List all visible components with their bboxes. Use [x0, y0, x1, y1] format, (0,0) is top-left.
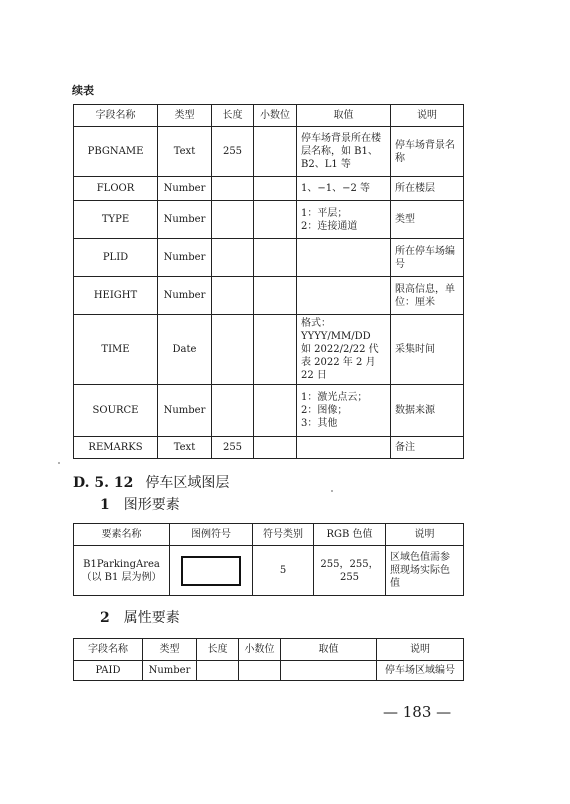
cell-type: Date — [158, 315, 212, 385]
header-element-name: 要素名称 — [74, 524, 170, 546]
table-row: TIME Date 格式：YYYY/MM/DD 如 2022/2/22 代表 2… — [74, 315, 464, 385]
table-row: PAID Number 停车场区域编号 — [74, 661, 464, 681]
cell-decimal — [254, 127, 297, 177]
attribute-table-continued: 字段名称 类型 长度 小数位 取值 说明 PBGNAME Text 255 停车… — [73, 104, 464, 459]
section-number: D. 5. 12 — [73, 475, 133, 491]
cell-desc: 数据来源 — [391, 385, 464, 437]
cell-legend-symbol — [170, 546, 253, 596]
cell-type: Number — [158, 385, 212, 437]
cell-field-name: PBGNAME — [74, 127, 158, 177]
cell-desc: 限高信息，单位：厘米 — [391, 277, 464, 315]
table-header-row: 字段名称 类型 长度 小数位 取值 说明 — [74, 639, 464, 661]
header-length: 长度 — [197, 639, 239, 661]
cell-field-name: SOURCE — [74, 385, 158, 437]
cell-type: Number — [158, 239, 212, 277]
cell-field-name: PLID — [74, 239, 158, 277]
cell-length — [197, 661, 239, 681]
cell-value — [297, 437, 391, 459]
section-heading: D. 5. 12停车区域图层 — [73, 472, 229, 492]
attribute-elements-table: 字段名称 类型 长度 小数位 取值 说明 PAID Number 停车场区域编号 — [73, 638, 464, 681]
cell-decimal — [254, 437, 297, 459]
table-row: PLID Number 所在停车场编号 — [74, 239, 464, 277]
cell-field-name: REMARKS — [74, 437, 158, 459]
cell-length — [212, 177, 254, 201]
section-title: 停车区域图层 — [145, 475, 229, 491]
page-number: — 183 — — [383, 703, 451, 721]
cell-decimal — [254, 315, 297, 385]
table-row: SOURCE Number 1：激光点云； 2：图像； 3：其他 数据来源 — [74, 385, 464, 437]
cell-value — [281, 661, 377, 681]
subsection-number: 2 — [100, 610, 110, 626]
cell-decimal — [254, 277, 297, 315]
cell-decimal — [254, 201, 297, 239]
cell-value — [297, 239, 391, 277]
header-decimal: 小数位 — [254, 105, 297, 127]
table-row: FLOOR Number 1、−1、−2 等 所在楼层 — [74, 177, 464, 201]
element-name-line2: （以 B1 层为例） — [78, 571, 165, 584]
header-value: 取值 — [281, 639, 377, 661]
cell-type: Number — [158, 201, 212, 239]
cell-decimal — [239, 661, 281, 681]
scan-speck — [58, 462, 60, 464]
header-length: 长度 — [212, 105, 254, 127]
table-continued-label: 续表 — [72, 82, 94, 98]
table-row: HEIGHT Number 限高信息，单位：厘米 — [74, 277, 464, 315]
table-header-row: 要素名称 图例符号 符号类别 RGB 色值 说明 — [74, 524, 464, 546]
header-legend-symbol: 图例符号 — [170, 524, 253, 546]
cell-element-name: B1ParkingArea （以 B1 层为例） — [74, 546, 170, 596]
cell-value: 停车场背景所在楼层名称，如 B1、B2、L1 等 — [297, 127, 391, 177]
cell-field-name: TIME — [74, 315, 158, 385]
cell-desc: 类型 — [391, 201, 464, 239]
cell-desc: 备注 — [391, 437, 464, 459]
cell-length — [212, 385, 254, 437]
header-field-name: 字段名称 — [74, 639, 143, 661]
cell-desc: 采集时间 — [391, 315, 464, 385]
cell-desc: 停车场区域编号 — [377, 661, 464, 681]
header-desc: 说明 — [391, 105, 464, 127]
cell-value: 1：平层； 2：连接通道 — [297, 201, 391, 239]
cell-field-name: TYPE — [74, 201, 158, 239]
cell-length: 255 — [212, 437, 254, 459]
subsection-title: 属性要素 — [124, 610, 180, 626]
element-name-line1: B1ParkingArea — [78, 558, 165, 571]
cell-decimal — [254, 177, 297, 201]
cell-value: 1：激光点云； 2：图像； 3：其他 — [297, 385, 391, 437]
cell-field-name: FLOOR — [74, 177, 158, 201]
cell-desc: 所在楼层 — [391, 177, 464, 201]
cell-value — [297, 277, 391, 315]
cell-length — [212, 277, 254, 315]
graphic-elements-table: 要素名称 图例符号 符号类别 RGB 色值 说明 B1ParkingArea （… — [73, 523, 464, 596]
cell-rgb: 255，255，255 — [314, 546, 386, 596]
table-row: PBGNAME Text 255 停车场背景所在楼层名称，如 B1、B2、L1 … — [74, 127, 464, 177]
cell-length — [212, 201, 254, 239]
cell-desc: 区域色值需参照现场实际色值 — [386, 546, 464, 596]
scan-speck — [331, 490, 333, 492]
cell-decimal — [254, 385, 297, 437]
cell-type: Number — [158, 277, 212, 315]
table-header-row: 字段名称 类型 长度 小数位 取值 说明 — [74, 105, 464, 127]
white-rectangle-symbol-icon — [181, 556, 241, 586]
cell-desc: 所在停车场编号 — [391, 239, 464, 277]
cell-type: Text — [158, 127, 212, 177]
cell-type: Number — [158, 177, 212, 201]
header-type: 类型 — [143, 639, 197, 661]
header-desc: 说明 — [386, 524, 464, 546]
cell-symbol-category: 5 — [253, 546, 314, 596]
table-row: TYPE Number 1：平层； 2：连接通道 类型 — [74, 201, 464, 239]
cell-desc: 停车场背景名称 — [391, 127, 464, 177]
cell-type: Number — [143, 661, 197, 681]
cell-length — [212, 315, 254, 385]
cell-value: 1、−1、−2 等 — [297, 177, 391, 201]
table-row: B1ParkingArea （以 B1 层为例） 5 255，255，255 区… — [74, 546, 464, 596]
header-rgb: RGB 色值 — [314, 524, 386, 546]
header-field-name: 字段名称 — [74, 105, 158, 127]
table-row: REMARKS Text 255 备注 — [74, 437, 464, 459]
subsection-number: 1 — [100, 497, 110, 513]
header-type: 类型 — [158, 105, 212, 127]
cell-length — [212, 239, 254, 277]
cell-field-name: PAID — [74, 661, 143, 681]
header-decimal: 小数位 — [239, 639, 281, 661]
cell-decimal — [254, 239, 297, 277]
header-desc: 说明 — [377, 639, 464, 661]
header-value: 取值 — [297, 105, 391, 127]
cell-field-name: HEIGHT — [74, 277, 158, 315]
subsection-title: 图形要素 — [124, 497, 180, 513]
cell-value: 格式：YYYY/MM/DD 如 2022/2/22 代表 2022 年 2 月 … — [297, 315, 391, 385]
cell-type: Text — [158, 437, 212, 459]
subsection-heading-attribute: 2属性要素 — [100, 607, 180, 627]
header-symbol-category: 符号类别 — [253, 524, 314, 546]
subsection-heading-graphic: 1图形要素 — [100, 494, 180, 514]
cell-length: 255 — [212, 127, 254, 177]
